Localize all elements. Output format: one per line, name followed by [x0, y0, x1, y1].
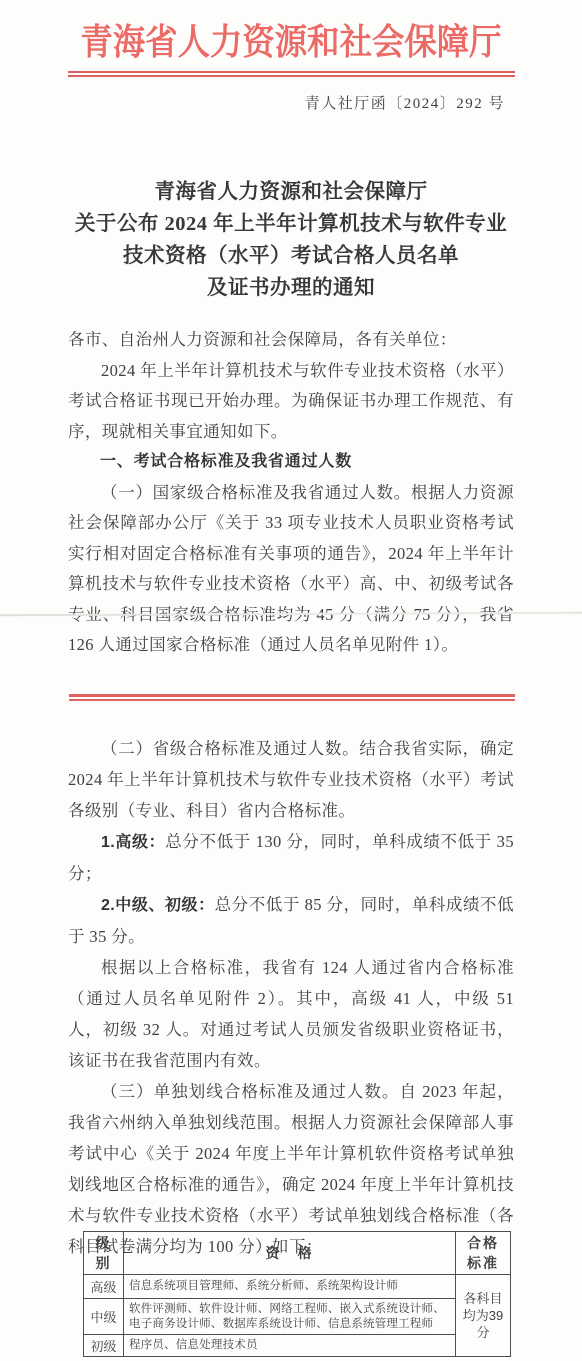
paragraph-provincial-standard: （二）省级合格标准及通过人数。结合我省实际，确定 2024 年上半年计算机技术与… — [68, 733, 514, 826]
standards-table: 级别 资 格 合格标准 高级 信息系统项目管理师、系统分析师、系统架构设计师 各… — [83, 1231, 511, 1357]
doc-title-line-2: 关于公布 2024 年上半年计算机技术与软件专业 — [30, 208, 552, 240]
table-cell-level-mid: 中级 — [84, 1299, 124, 1335]
table-row-senior: 高级 信息系统项目管理师、系统分析师、系统架构设计师 各科目均为39分 — [84, 1275, 511, 1299]
doc-title-line-4: 及证书办理的通知 — [30, 272, 552, 304]
doc-number: 青人社厅函〔2024〕292 号 — [305, 92, 505, 113]
table-cell-qualifications-senior: 信息系统项目管理师、系统分析师、系统架构设计师 — [124, 1275, 456, 1299]
table-cell-qualifications-mid: 软件评测师、软件设计师、网络工程师、嵌入式系统设计师、电子商务设计师、数据库系统… — [124, 1299, 456, 1335]
document-page: 青海省人力资源和社会保障厅 青人社厅函〔2024〕292 号 青海省人力资源和社… — [0, 0, 582, 1361]
salutation: 各市、自治州人力资源和社会保障局，各有关单位： — [68, 325, 514, 356]
table-cell-level-senior: 高级 — [84, 1275, 124, 1299]
section-1-heading: 一、考试合格标准及我省通过人数 — [68, 447, 514, 478]
item-mid-junior-label: 2.中级、初级： — [101, 897, 215, 914]
table-cell-standard-merged: 各科目均为39分 — [456, 1275, 511, 1357]
item-senior-label: 1.高级： — [101, 834, 165, 851]
doc-title: 青海省人力资源和社会保障厅 关于公布 2024 年上半年计算机技术与软件专业 技… — [30, 176, 552, 304]
paragraph-intro: 2024 年上半年计算机技术与软件专业技术资格（水平）考试合格证书现已开始办理。… — [68, 356, 514, 448]
table-row-mid: 中级 软件评测师、软件设计师、网络工程师、嵌入式系统设计师、电子商务设计师、数据… — [84, 1299, 511, 1335]
item-mid-junior-standard: 2.中级、初级：总分不低于 85 分，同时，单科成绩不低于 35 分。 — [68, 889, 514, 952]
letterhead-double-rule — [68, 71, 515, 77]
table-header-row: 级别 资 格 合格标准 — [84, 1232, 511, 1275]
letterhead-org-name: 青海省人力资源和社会保障厅 — [29, 14, 553, 65]
table-header-qualification: 资 格 — [124, 1232, 456, 1275]
table-header-level: 级别 — [84, 1232, 124, 1275]
item-senior-standard: 1.高级：总分不低于 130 分，同时，单科成绩不低于 35 分； — [68, 826, 514, 889]
doc-title-line-1: 青海省人力资源和社会保障厅 — [30, 176, 552, 208]
paragraph-pass-statistics: 根据以上合格标准，我省有 124 人通过省内合格标准（通过人员名单见附件 2）。… — [68, 952, 514, 1076]
paragraph-national-standard: （一）国家级合格标准及我省通过人数。根据人力资源社会保障部办公厅《关于 33 项… — [68, 478, 514, 661]
table-cell-level-junior: 初级 — [84, 1335, 124, 1357]
body-page-1: 各市、自治州人力资源和社会保障局，各有关单位： 2024 年上半年计算机技术与软… — [68, 325, 514, 661]
table-cell-qualifications-junior: 程序员、信息处理技术员 — [124, 1335, 456, 1357]
table-row-junior: 初级 程序员、信息处理技术员 — [84, 1335, 511, 1357]
doc-title-line-3: 技术资格（水平）考试合格人员名单 — [30, 240, 552, 272]
table-header-standard: 合格标准 — [456, 1232, 511, 1275]
page-separator-double-rule — [69, 694, 515, 701]
body-page-2: （二）省级合格标准及通过人数。结合我省实际，确定 2024 年上半年计算机技术与… — [68, 733, 514, 1262]
